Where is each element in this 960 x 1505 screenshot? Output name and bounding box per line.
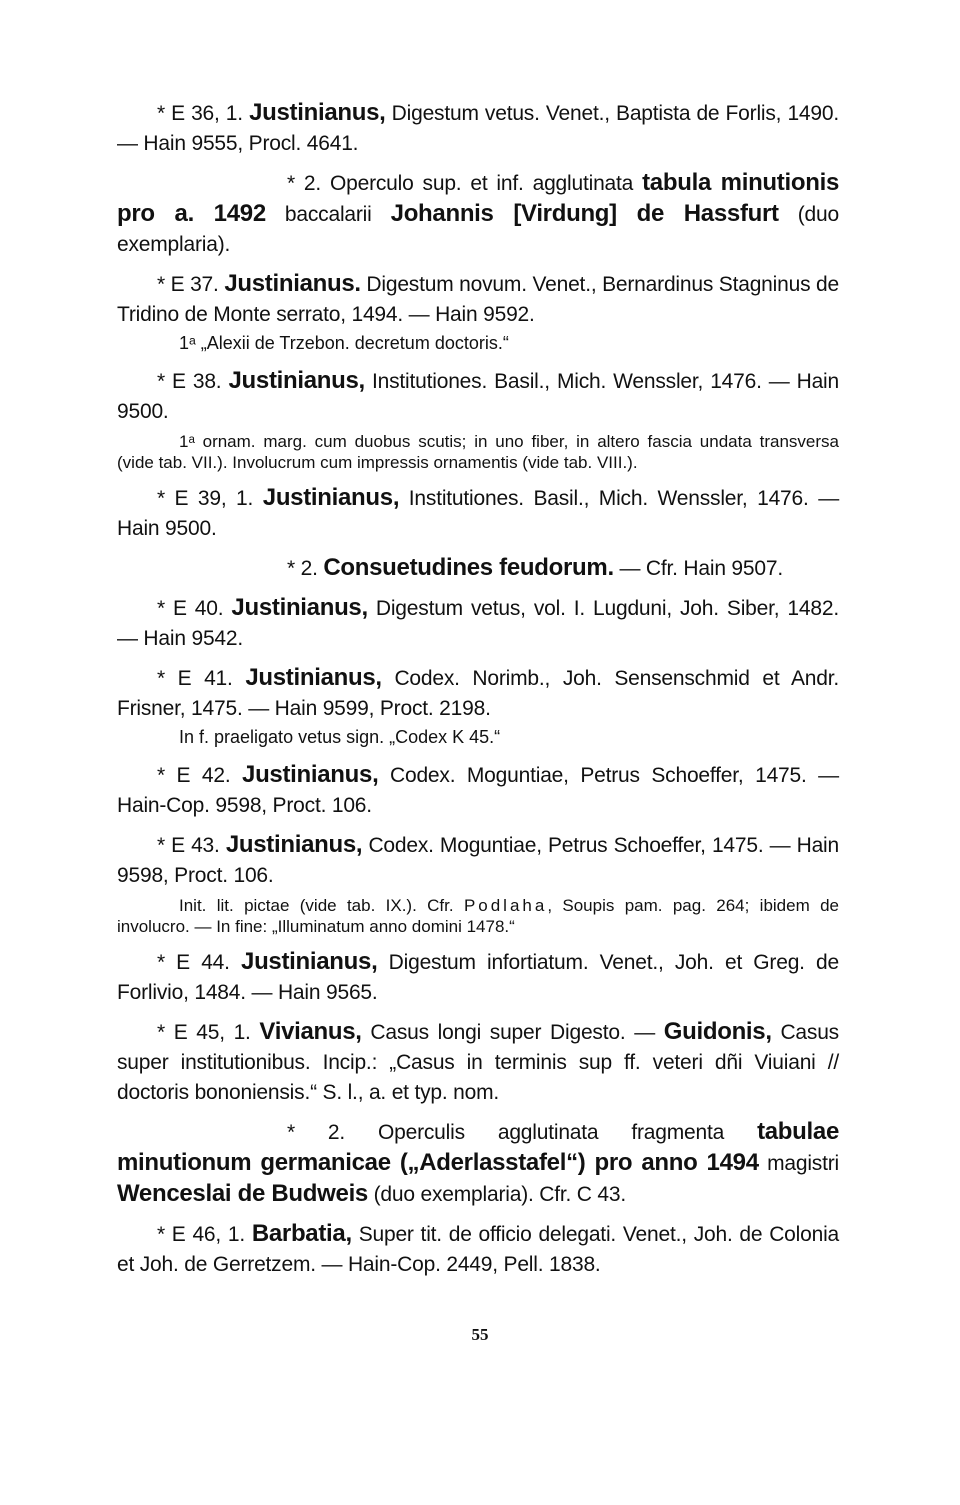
entry-e44: * E 44. Justinianus, Digestum infortiatu… — [117, 947, 839, 1008]
entry-e40: * E 40. Justinianus, Digestum vetus, vol… — [117, 593, 839, 654]
entry-author: Justinianus, — [226, 831, 362, 858]
entry-e36: * E 36, 1. Justinianus, Digestum vetus. … — [117, 98, 839, 159]
entry-mark: * E 46, 1. — [157, 1223, 245, 1246]
entry-text: Operculis agglutinata fragmenta — [378, 1121, 757, 1144]
entry-e45: * E 45, 1. Vivianus, Casus longi super D… — [117, 1017, 839, 1108]
entry-author: Justinianus, — [263, 484, 399, 511]
entry-text: Operculo sup. et inf. agglutinata — [330, 172, 642, 195]
catalog-page: * E 36, 1. Justinianus, Digestum vetus. … — [117, 98, 839, 1289]
entry-e37: * E 37. Justinianus. Digestum novum. Ven… — [117, 269, 839, 330]
note-text: Init. lit. pictae (vide tab. IX.). Cfr. — [179, 896, 464, 915]
entry-author: Justinianus, — [245, 664, 381, 691]
entry-e37-note: 1ᵃ „Alexii de Trzebon. decretum doctoris… — [117, 330, 839, 356]
entry-text: Casus longi super Digesto. — — [370, 1021, 663, 1044]
entry-mark: * 2. — [287, 172, 321, 195]
entry-text: magistri — [759, 1152, 839, 1175]
entry-e46: * E 46, 1. Barbatia, Super tit. de offic… — [117, 1219, 839, 1280]
entry-author: Justinianus, — [241, 948, 377, 975]
page-number: 55 — [0, 1325, 960, 1345]
entry-mark: * E 45, 1. — [157, 1021, 251, 1044]
entry-mark: * E 43. — [157, 834, 220, 857]
entry-e36-2: * 2. Operculo sup. et inf. agglutinata t… — [117, 168, 839, 260]
entry-e39: * E 39, 1. Justinianus, Institutiones. B… — [117, 483, 839, 544]
entry-e41-note: In f. praeligato vetus sign. „Codex K 45… — [117, 724, 839, 750]
entry-mark: * E 37. — [157, 273, 219, 296]
entry-mark: * E 44. — [157, 951, 230, 974]
entry-mark: * 2. — [287, 1121, 345, 1144]
entry-e42: * E 42. Justinianus, Codex. Moguntiae, P… — [117, 760, 839, 821]
entry-e45-2: * 2. Operculis agglutinata fragmenta tab… — [117, 1117, 839, 1210]
entry-text: baccalarii — [266, 203, 391, 226]
entry-e38-note: 1ᵃ ornam. marg. cum duobus scutis; in un… — [117, 431, 839, 473]
entry-author: Johannis [Virdung] de Hassfurt — [391, 200, 779, 227]
note-author: Podlaha — [464, 896, 547, 915]
entry-mark: * E 38. — [157, 370, 221, 393]
entry-e38: * E 38. Justinianus, Institutiones. Basi… — [117, 366, 839, 427]
entry-author: Justinianus, — [242, 761, 378, 788]
entry-text: — Cfr. Hain 9507. — [619, 557, 783, 580]
entry-mark: * E 42. — [157, 764, 230, 787]
entry-author-2: Guidonis, — [664, 1018, 772, 1045]
entry-author: Vivianus, — [259, 1018, 361, 1045]
entry-author: Justinianus, — [229, 367, 365, 394]
entry-mark: * E 41. — [157, 667, 233, 690]
entry-text: Digestum vetus, vol. I. Lugduni, Joh. Si… — [117, 597, 839, 650]
entry-author: Wenceslai de Budweis — [117, 1180, 368, 1207]
entry-author: Justinianus. — [224, 270, 360, 297]
entry-e41: * E 41. Justinianus, Codex. Norimb., Joh… — [117, 663, 839, 724]
entry-mark: * 2. — [287, 557, 318, 580]
entry-text: Institutiones. Basil., Mich. Wenssler, 1… — [117, 370, 839, 423]
entry-mark: * E 39, 1. — [157, 487, 253, 510]
entry-author: Barbatia, — [252, 1220, 352, 1247]
entry-e43-note: Init. lit. pictae (vide tab. IX.). Cfr. … — [117, 895, 839, 937]
entry-text: (duo exemplaria). Cfr. C 43. — [368, 1183, 626, 1206]
entry-mark: * E 36, 1. — [157, 102, 243, 125]
entry-mark: * E 40. — [157, 597, 223, 620]
entry-e43: * E 43. Justinianus, Codex. Moguntiae, P… — [117, 830, 839, 891]
entry-title: Consuetudines feudorum. — [323, 554, 613, 581]
entry-author: Justinianus, — [249, 99, 385, 126]
entry-e39-2: * 2. Consuetudines feudorum. — Cfr. Hain… — [117, 553, 839, 584]
entry-author: Justinianus, — [231, 594, 367, 621]
